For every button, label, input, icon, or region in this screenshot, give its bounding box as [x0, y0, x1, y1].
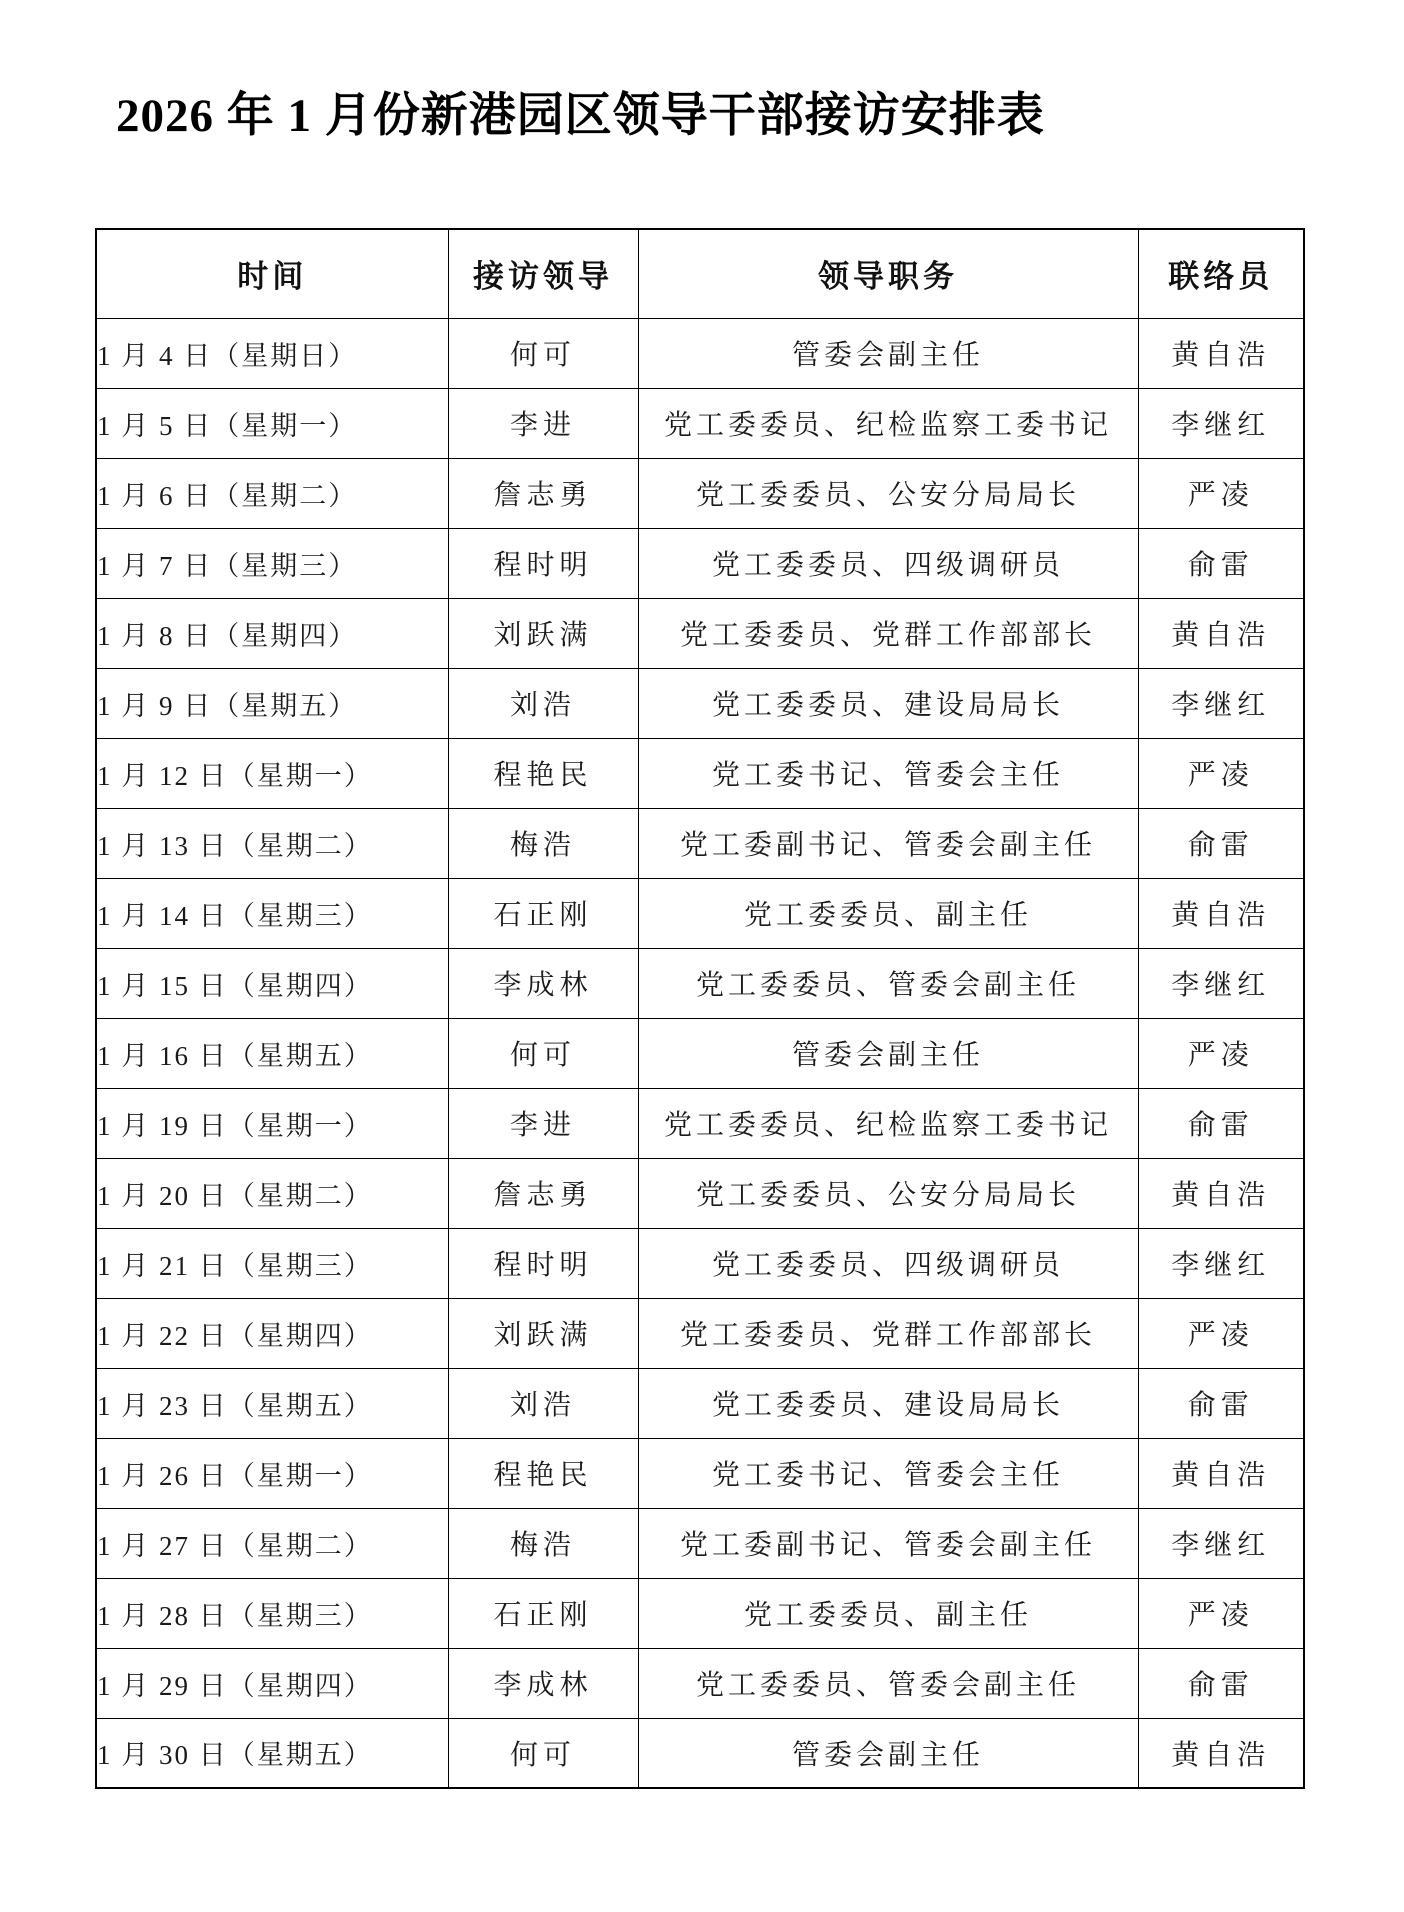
- table-row: 1 月 8 日（星期四）刘跃满党工委委员、党群工作部部长黄自浩: [96, 598, 1304, 668]
- table-row: 1 月 4 日（星期日）何可管委会副主任黄自浩: [96, 318, 1304, 388]
- cell-date: 1 月 7 日（星期三）: [96, 528, 448, 598]
- table-row: 1 月 15 日（星期四）李成林党工委委员、管委会副主任李继红: [96, 948, 1304, 1018]
- cell-leader: 何可: [448, 1718, 638, 1788]
- header-leader: 接访领导: [448, 229, 638, 318]
- cell-position: 党工委委员、党群工作部部长: [638, 1298, 1138, 1368]
- cell-date: 1 月 15 日（星期四）: [96, 948, 448, 1018]
- cell-liaison: 俞雷: [1138, 1648, 1304, 1718]
- cell-leader: 刘浩: [448, 668, 638, 738]
- cell-date: 1 月 8 日（星期四）: [96, 598, 448, 668]
- table-row: 1 月 23 日（星期五）刘浩党工委委员、建设局局长俞雷: [96, 1368, 1304, 1438]
- cell-liaison: 严凌: [1138, 1578, 1304, 1648]
- cell-position: 管委会副主任: [638, 1018, 1138, 1088]
- header-time: 时间: [96, 229, 448, 318]
- cell-liaison: 李继红: [1138, 388, 1304, 458]
- reception-schedule-table: 时间 接访领导 领导职务 联络员 1 月 4 日（星期日）何可管委会副主任黄自浩…: [95, 228, 1305, 1789]
- cell-date: 1 月 16 日（星期五）: [96, 1018, 448, 1088]
- cell-liaison: 黄自浩: [1138, 1718, 1304, 1788]
- cell-position: 党工委副书记、管委会副主任: [638, 808, 1138, 878]
- cell-liaison: 严凌: [1138, 1298, 1304, 1368]
- cell-liaison: 李继红: [1138, 1228, 1304, 1298]
- cell-leader: 詹志勇: [448, 1158, 638, 1228]
- cell-position: 党工委委员、四级调研员: [638, 528, 1138, 598]
- cell-date: 1 月 21 日（星期三）: [96, 1228, 448, 1298]
- header-position: 领导职务: [638, 229, 1138, 318]
- cell-date: 1 月 22 日（星期四）: [96, 1298, 448, 1368]
- cell-position: 党工委委员、副主任: [638, 1578, 1138, 1648]
- cell-leader: 梅浩: [448, 808, 638, 878]
- cell-position: 管委会副主任: [638, 1718, 1138, 1788]
- cell-leader: 刘浩: [448, 1368, 638, 1438]
- cell-liaison: 俞雷: [1138, 1088, 1304, 1158]
- cell-date: 1 月 14 日（星期三）: [96, 878, 448, 948]
- cell-liaison: 严凌: [1138, 458, 1304, 528]
- cell-position: 党工委委员、管委会副主任: [638, 948, 1138, 1018]
- cell-leader: 程艳民: [448, 1438, 638, 1508]
- cell-leader: 李进: [448, 388, 638, 458]
- cell-position: 党工委委员、副主任: [638, 878, 1138, 948]
- table-header-row: 时间 接访领导 领导职务 联络员: [96, 229, 1304, 318]
- document-page: 2026 年 1 月份新港园区领导干部接访安排表 时间 接访领导 领导职务 联络…: [0, 0, 1404, 1912]
- table-row: 1 月 13 日（星期二）梅浩党工委副书记、管委会副主任俞雷: [96, 808, 1304, 878]
- cell-date: 1 月 5 日（星期一）: [96, 388, 448, 458]
- header-liaison: 联络员: [1138, 229, 1304, 318]
- cell-liaison: 俞雷: [1138, 808, 1304, 878]
- cell-date: 1 月 20 日（星期二）: [96, 1158, 448, 1228]
- cell-leader: 石正刚: [448, 1578, 638, 1648]
- cell-leader: 李成林: [448, 948, 638, 1018]
- table-row: 1 月 7 日（星期三）程时明党工委委员、四级调研员俞雷: [96, 528, 1304, 598]
- cell-leader: 程艳民: [448, 738, 638, 808]
- cell-date: 1 月 23 日（星期五）: [96, 1368, 448, 1438]
- table-row: 1 月 9 日（星期五）刘浩党工委委员、建设局局长李继红: [96, 668, 1304, 738]
- cell-position: 党工委委员、公安分局局长: [638, 1158, 1138, 1228]
- cell-leader: 程时明: [448, 1228, 638, 1298]
- cell-position: 党工委委员、纪检监察工委书记: [638, 388, 1138, 458]
- cell-liaison: 黄自浩: [1138, 598, 1304, 668]
- cell-leader: 李进: [448, 1088, 638, 1158]
- table-row: 1 月 27 日（星期二）梅浩党工委副书记、管委会副主任李继红: [96, 1508, 1304, 1578]
- table-row: 1 月 16 日（星期五）何可管委会副主任严凌: [96, 1018, 1304, 1088]
- cell-liaison: 黄自浩: [1138, 318, 1304, 388]
- cell-liaison: 严凌: [1138, 1018, 1304, 1088]
- cell-leader: 石正刚: [448, 878, 638, 948]
- cell-position: 党工委书记、管委会主任: [638, 1438, 1138, 1508]
- table-row: 1 月 30 日（星期五）何可管委会副主任黄自浩: [96, 1718, 1304, 1788]
- table-row: 1 月 22 日（星期四）刘跃满党工委委员、党群工作部部长严凌: [96, 1298, 1304, 1368]
- cell-date: 1 月 26 日（星期一）: [96, 1438, 448, 1508]
- cell-date: 1 月 6 日（星期二）: [96, 458, 448, 528]
- table-row: 1 月 5 日（星期一）李进党工委委员、纪检监察工委书记李继红: [96, 388, 1304, 458]
- cell-position: 党工委书记、管委会主任: [638, 738, 1138, 808]
- table-row: 1 月 19 日（星期一）李进党工委委员、纪检监察工委书记俞雷: [96, 1088, 1304, 1158]
- cell-position: 党工委委员、管委会副主任: [638, 1648, 1138, 1718]
- cell-position: 党工委委员、纪检监察工委书记: [638, 1088, 1138, 1158]
- cell-position: 管委会副主任: [638, 318, 1138, 388]
- cell-date: 1 月 27 日（星期二）: [96, 1508, 448, 1578]
- cell-leader: 梅浩: [448, 1508, 638, 1578]
- cell-leader: 刘跃满: [448, 1298, 638, 1368]
- cell-liaison: 黄自浩: [1138, 1438, 1304, 1508]
- cell-position: 党工委委员、党群工作部部长: [638, 598, 1138, 668]
- cell-liaison: 李继红: [1138, 1508, 1304, 1578]
- cell-liaison: 严凌: [1138, 738, 1304, 808]
- cell-position: 党工委委员、建设局局长: [638, 1368, 1138, 1438]
- cell-leader: 程时明: [448, 528, 638, 598]
- table-row: 1 月 21 日（星期三）程时明党工委委员、四级调研员李继红: [96, 1228, 1304, 1298]
- cell-leader: 何可: [448, 318, 638, 388]
- cell-date: 1 月 29 日（星期四）: [96, 1648, 448, 1718]
- cell-position: 党工委委员、公安分局局长: [638, 458, 1138, 528]
- cell-position: 党工委副书记、管委会副主任: [638, 1508, 1138, 1578]
- table-row: 1 月 28 日（星期三）石正刚党工委委员、副主任严凌: [96, 1578, 1304, 1648]
- table-row: 1 月 6 日（星期二）詹志勇党工委委员、公安分局局长严凌: [96, 458, 1304, 528]
- table-row: 1 月 20 日（星期二）詹志勇党工委委员、公安分局局长黄自浩: [96, 1158, 1304, 1228]
- cell-date: 1 月 4 日（星期日）: [96, 318, 448, 388]
- cell-position: 党工委委员、建设局局长: [638, 668, 1138, 738]
- page-title: 2026 年 1 月份新港园区领导干部接访安排表: [116, 78, 1296, 145]
- cell-position: 党工委委员、四级调研员: [638, 1228, 1138, 1298]
- cell-date: 1 月 12 日（星期一）: [96, 738, 448, 808]
- cell-date: 1 月 19 日（星期一）: [96, 1088, 448, 1158]
- table-row: 1 月 14 日（星期三）石正刚党工委委员、副主任黄自浩: [96, 878, 1304, 948]
- cell-liaison: 俞雷: [1138, 1368, 1304, 1438]
- table-row: 1 月 12 日（星期一）程艳民党工委书记、管委会主任严凌: [96, 738, 1304, 808]
- table-row: 1 月 29 日（星期四）李成林党工委委员、管委会副主任俞雷: [96, 1648, 1304, 1718]
- cell-leader: 詹志勇: [448, 458, 638, 528]
- cell-liaison: 李继红: [1138, 668, 1304, 738]
- cell-date: 1 月 28 日（星期三）: [96, 1578, 448, 1648]
- cell-date: 1 月 13 日（星期二）: [96, 808, 448, 878]
- table-row: 1 月 26 日（星期一）程艳民党工委书记、管委会主任黄自浩: [96, 1438, 1304, 1508]
- cell-leader: 刘跃满: [448, 598, 638, 668]
- cell-leader: 李成林: [448, 1648, 638, 1718]
- cell-date: 1 月 30 日（星期五）: [96, 1718, 448, 1788]
- cell-liaison: 俞雷: [1138, 528, 1304, 598]
- cell-date: 1 月 9 日（星期五）: [96, 668, 448, 738]
- cell-liaison: 黄自浩: [1138, 878, 1304, 948]
- cell-liaison: 黄自浩: [1138, 1158, 1304, 1228]
- cell-leader: 何可: [448, 1018, 638, 1088]
- cell-liaison: 李继红: [1138, 948, 1304, 1018]
